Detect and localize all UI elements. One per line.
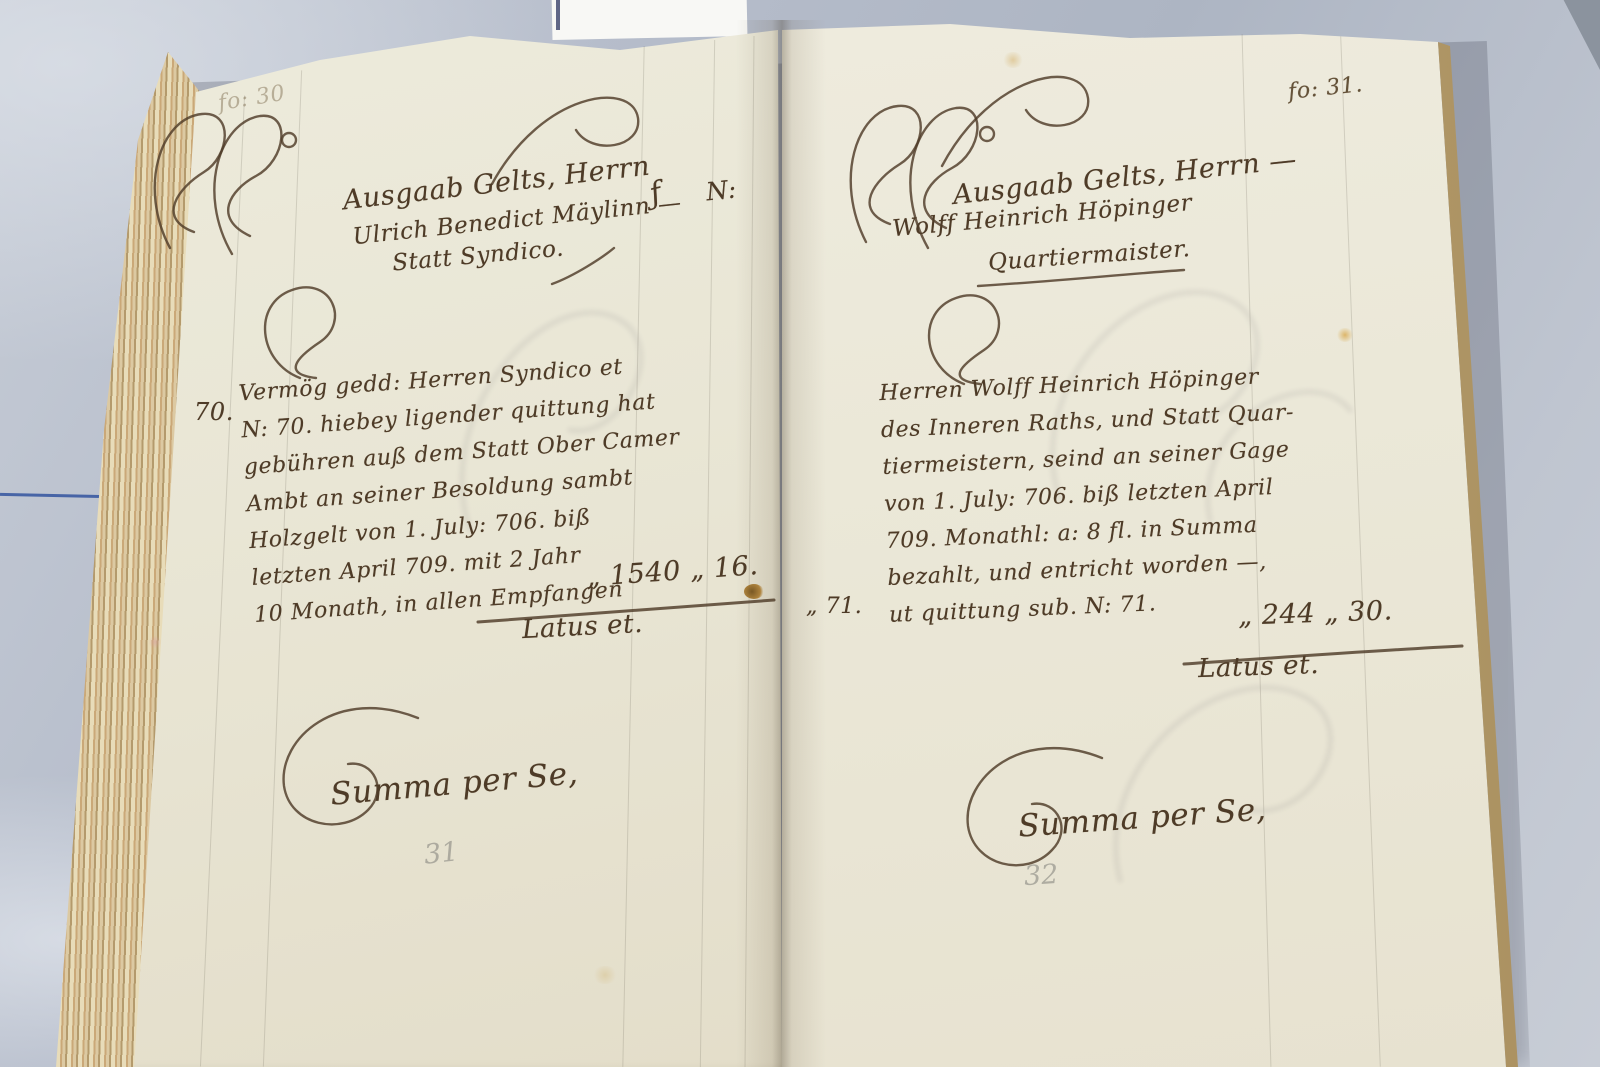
calligraphic-initial-flourish bbox=[132, 96, 382, 266]
right-latus-label: Latus et. bbox=[1198, 650, 1320, 684]
white-sheet-behind-book bbox=[552, 0, 748, 40]
right-amount-value: „ 244 „ 30. bbox=[1238, 595, 1394, 631]
heading-slash-flourish bbox=[548, 246, 618, 286]
left-column-number-mark: N: bbox=[705, 174, 738, 206]
right-margin-entry-number: „ 71. bbox=[806, 594, 862, 619]
heading-underline-flourish bbox=[976, 268, 1186, 290]
sheet-edge-shadow bbox=[556, 0, 560, 30]
ascender-loop-flourish bbox=[930, 56, 1110, 171]
table-blue-line bbox=[0, 493, 106, 498]
left-entry-text: Vermög gedd: Herren Syndico et N: 70. hi… bbox=[237, 345, 691, 634]
photo-of-manuscript-ledger: fo: 30 Ausgaab Gelts, Herrn Ulrich Bened… bbox=[0, 0, 1600, 1067]
fox-stain bbox=[148, 636, 162, 648]
ink-blot bbox=[744, 584, 764, 599]
paragraph-initial-flourish bbox=[238, 278, 358, 383]
left-pencil-folio: 31 bbox=[422, 836, 459, 870]
right-entry-text: Herren Wolff Heinrich Höpinger des Inner… bbox=[879, 357, 1303, 634]
fox-stain bbox=[592, 966, 618, 984]
left-margin-entry-number: 70. bbox=[194, 398, 234, 426]
dark-corner-wedge bbox=[1548, 0, 1600, 70]
right-pencil-folio: 32 bbox=[1023, 859, 1059, 892]
left-latus-label: Latus et. bbox=[521, 609, 643, 645]
